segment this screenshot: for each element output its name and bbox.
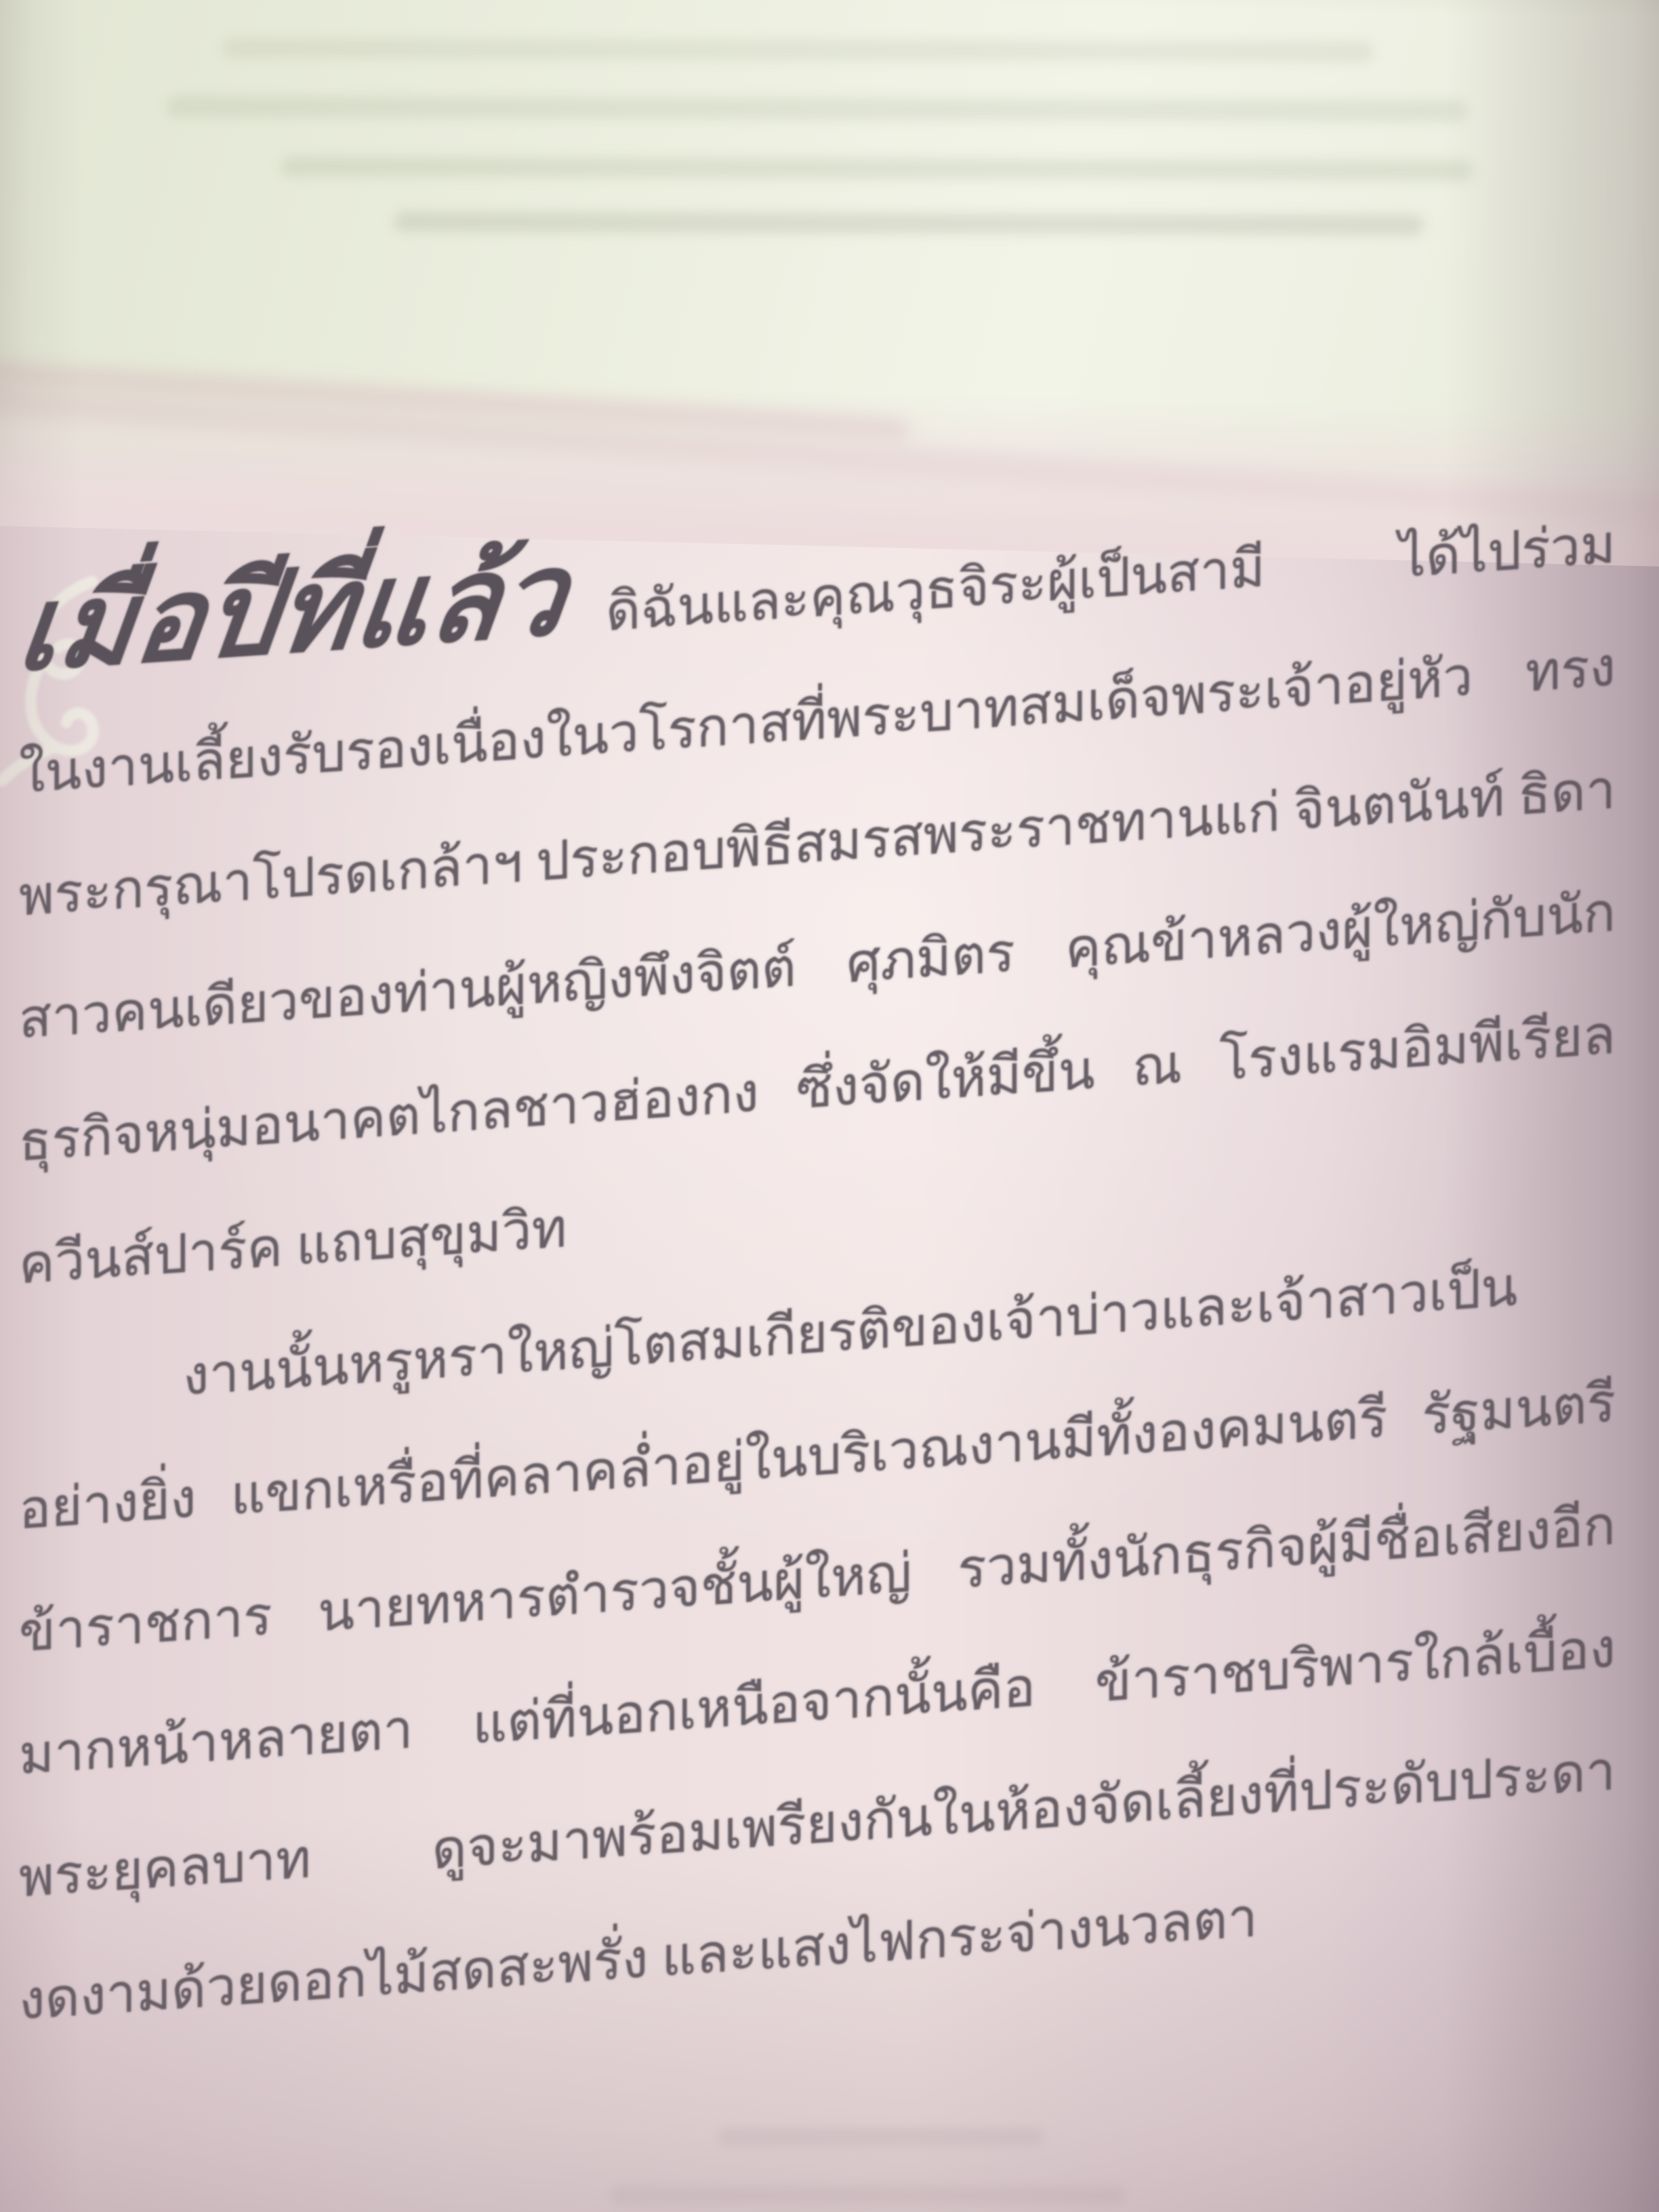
book-page-photo: เมื่อปีที่แล้ว ดิฉันและคุณวุธจิระผู้เป็น… [0, 0, 1659, 2212]
show-through-text-line [279, 156, 1473, 180]
show-through-text-line [222, 38, 1374, 62]
show-through-text-line [393, 211, 1424, 235]
page-text-block: เมื่อปีที่แล้ว ดิฉันและคุณวุธจิระผู้เป็น… [19, 463, 1616, 2063]
opening-phrase-heading: เมื่อปีที่แล้ว [12, 533, 574, 694]
page-curl-highlight [0, 358, 911, 443]
show-through-text-line [610, 2186, 1125, 2204]
show-through-text-line [718, 2128, 1044, 2146]
show-through-text-line [166, 96, 1468, 122]
